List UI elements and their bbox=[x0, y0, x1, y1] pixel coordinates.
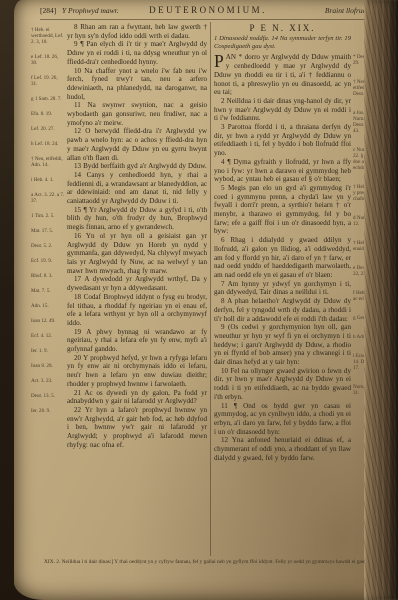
verse: 11 Na swynwr swynion, nac a geisio wybod… bbox=[67, 101, 207, 127]
margin-note: a Act. 3. 22. a 7. 37. bbox=[31, 192, 65, 204]
column-divider-rule bbox=[210, 22, 211, 556]
margin-note: i Heb. 4. 1. bbox=[31, 177, 65, 183]
drop-cap: P bbox=[214, 53, 226, 69]
verse-text: AN * dorro yr Arglwydd dy Dduw ymaith y … bbox=[214, 53, 351, 96]
margin-note: Mat. 7. 5. bbox=[31, 288, 65, 294]
margin-note: Act. 3. 23. bbox=[31, 378, 65, 384]
book-photo: [284] Y Prophwyd mawr. DEUTERONOMIUM. Br… bbox=[0, 0, 398, 600]
page-number: [284] bbox=[40, 6, 56, 15]
header-rule bbox=[40, 19, 376, 20]
book-fore-edge-pages bbox=[364, 0, 398, 600]
chapter-heading: P E N. XIX. bbox=[214, 23, 351, 33]
margin-note: † Neu, etifeddi, Adn. 14. bbox=[31, 156, 65, 168]
footnote: XIX. 2. Neilldua i ti dair dinas:] Y rha… bbox=[44, 559, 372, 581]
verse: 6 Rhag i ddialydd y gwaed ddilyn y llofr… bbox=[214, 236, 351, 280]
margin-note: Ioan 8. 28. bbox=[31, 363, 65, 369]
verse: 10 Na chaffer ynot a wnelo i'w fab neu i… bbox=[67, 67, 207, 102]
left-text-column: 8 Rhan am ran a fwyttant, heb law gwerth… bbox=[67, 23, 207, 556]
margin-note: Ecf. 19. 9. bbox=[31, 258, 65, 264]
margin-note: Mat. 17. 5. bbox=[31, 228, 65, 234]
margin-note: g 1 Sam. 28. 7. bbox=[31, 96, 65, 102]
margin-note: Rhuf. 8. 3. bbox=[31, 273, 65, 279]
verse: 8 Rhan am ran a fwyttant, heb law gwerth… bbox=[67, 23, 207, 40]
margin-note: h Lef. 18. 24. bbox=[31, 141, 65, 147]
verse: 3 Parottoa ffordd i ti, a thraiana derfy… bbox=[214, 123, 351, 158]
verse: 22 Yr hyn a lafaro'r prophwyd hwnnw yn e… bbox=[67, 406, 207, 450]
verse: 5 Megis pan elo un gyd a'i gymmydog i'r … bbox=[214, 184, 351, 236]
verse: 10 Fel na ollynger gwaed gwirion o fewn … bbox=[214, 367, 351, 402]
verse: 15 ¶ Yr Arglwydd dy Dduw a gyfyd i ti, o… bbox=[67, 206, 207, 232]
verse: 12 Yna anfoned henuriaid ei ddinas ef, a… bbox=[214, 436, 351, 462]
verse: 20 Y prophwyd hefyd, yr hwn a ryfyga lef… bbox=[67, 354, 207, 389]
margin-note: Lef. 20. 27. bbox=[31, 126, 65, 132]
margin-note: Efa. 8. 19. bbox=[31, 111, 65, 117]
margin-note: e Lef. 18. 26, 30. bbox=[31, 54, 65, 66]
verse: 19 A phwy bynnag ni wrandawo ar fy ngeir… bbox=[67, 328, 207, 354]
verse: 12 O herwydd ffiedd-dra i'r Arglwydd yw … bbox=[67, 127, 207, 162]
margin-note: Ecf. 4. 12. bbox=[31, 333, 65, 339]
left-margin-notes: † Heb. ei werthoedd, Lef. 2. 3, 10.e Lef… bbox=[31, 27, 65, 555]
verse: 4 ¶ Dyma gyfraith y llofrudd, yr hwn a f… bbox=[214, 158, 351, 184]
verse: PAN * dorro yr Arglwydd dy Dduw ymaith y… bbox=[214, 53, 351, 97]
verse: 8 A phan helaetho'r Arglwydd dy Dduw dy … bbox=[214, 297, 351, 323]
verse: 14 Canys y cenhedloedd hyn, y rhai a fed… bbox=[67, 171, 207, 206]
margin-note: Ier. 1. 9. bbox=[31, 348, 65, 354]
margin-note: Adn. 15. bbox=[31, 303, 65, 309]
margin-note: 1 Tim. 2. 5. bbox=[31, 213, 65, 219]
margin-note: f Lef. 19. 26, 31. bbox=[31, 75, 65, 87]
verse: 18 Codaf Brophwyd iddynt o fysg eu brody… bbox=[67, 293, 207, 328]
verse: 9 (Os cedwi y gorchymynion hyn oll, gan … bbox=[214, 323, 351, 367]
chapter-summary: 1 Dinasoedd noddfa. 14 Na symmuder terfy… bbox=[214, 35, 351, 51]
right-verses: 2 Neilldua i ti dair dinas yng-hanol dy … bbox=[214, 97, 351, 463]
verse: 17 A dywedodd yr Arglwydd wrthyf, Da y d… bbox=[67, 275, 207, 292]
verse: 13 Bydd berffaith gyd a'r Arglwydd dy Dd… bbox=[67, 162, 207, 171]
running-title-left: Y Prophwyd mawr. bbox=[62, 6, 119, 15]
book-page: [284] Y Prophwyd mawr. DEUTERONOMIUM. Br… bbox=[14, 0, 398, 600]
margin-note: † Heb. ei werthoedd, Lef. 2. 3, 10. bbox=[31, 27, 65, 45]
margin-note: Ioan 12. 49. bbox=[31, 318, 65, 324]
right-text-column: P E N. XIX. 1 Dinasoedd noddfa. 14 Na sy… bbox=[214, 22, 351, 556]
verse: 9 ¶ Pan elych di i'r tir y mae'r Arglwyd… bbox=[67, 40, 207, 66]
verse: 11 ¶ Ond os bydd gwr yn casau ei gymmydo… bbox=[214, 402, 351, 437]
verse: 21 Ac os dywedi yn dy galon, Pa fodd yr … bbox=[67, 389, 207, 406]
margin-note: Ier. 28. 9. bbox=[31, 408, 65, 414]
margin-note: Deut. 13. 5. bbox=[31, 393, 65, 399]
verse: 7 Am hynny yr ydwyf yn gorchymyn i ti, g… bbox=[214, 280, 351, 297]
running-head: [284] Y Prophwyd mawr. DEUTERONOMIUM. Br… bbox=[40, 6, 376, 19]
book-title: DEUTERONOMIUM. bbox=[130, 5, 286, 15]
margin-note: Deut. 5. 2. bbox=[31, 243, 65, 249]
verse: 2 Neilldua i ti dair dinas yng-hanol dy … bbox=[214, 97, 351, 123]
verse: 16 Yn ol yr hyn oll a geisiaist gan yr A… bbox=[67, 232, 207, 276]
